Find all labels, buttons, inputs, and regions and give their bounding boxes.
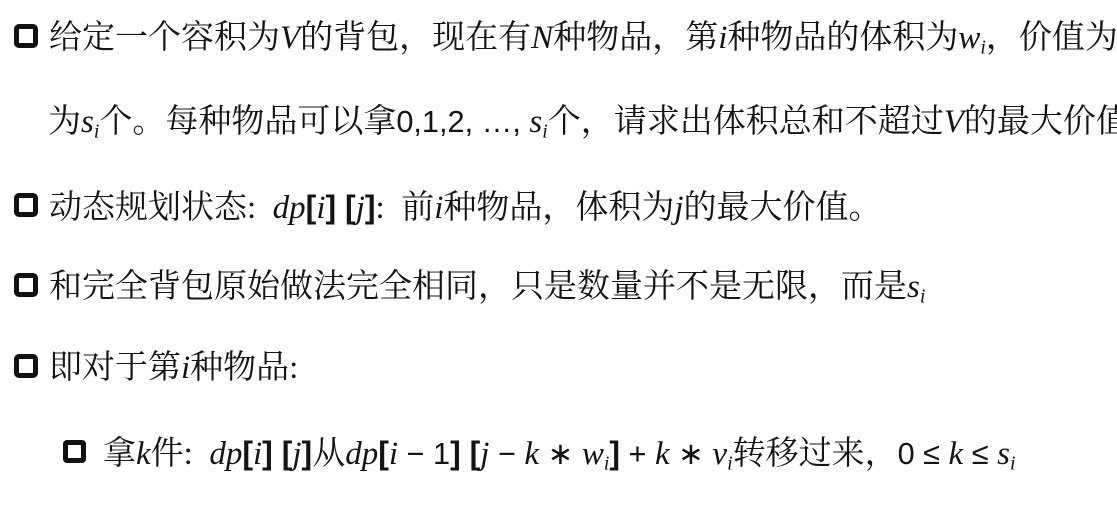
text-run: 即对于第 [49,350,181,386]
text-run: V [944,104,964,140]
text-run: k [524,436,539,472]
text-run: s [529,104,542,140]
text-run: [ [378,435,389,471]
text-run: V [280,20,300,56]
text-run: : 前 [376,190,435,226]
text-run: i [181,350,190,386]
text-run: dp [345,436,378,472]
text-run: 件: [151,436,210,472]
text-run: i [316,190,325,226]
text-run: [ [242,435,253,471]
line-text: 和完全背包原始做法完全相同，只是数量并不是无限，而是si [49,265,925,318]
text-run: 给定一个容积为 [49,20,280,56]
text-run: 的背包，现在有 [300,20,531,56]
text-run: s [997,436,1010,472]
text-run: j [674,190,683,226]
text-run: ] [ [450,435,480,471]
line-text: 拿k件: dp[i] [j]从dp[i − 1] [j − k ∗ wi] + … [103,431,1015,485]
text-run: 和完全背包原始做法完全相同，只是数量并不是无限，而是 [49,269,907,305]
text-run: ] [302,435,313,471]
text-run: s [907,269,920,305]
bullet-square-icon [14,193,38,217]
text-run: ∗ [670,436,713,471]
text-run: ] [365,189,376,225]
bullet-item: 给定一个容积为V的背包，现在有N种物品，第i种物品的体积为wi，价值为vi，数量 [14,16,1117,69]
bullet-square-icon [14,24,38,48]
text-run: 转移过来， [733,436,898,472]
text-run: 种物品: [190,350,298,386]
bullet-item: 动态规划状态: dp[i] [j]: 前i种物品，体积为j的最大价值。 [14,185,882,230]
text-run: k [949,436,964,472]
text-run: ≤ [963,436,997,471]
text-run: 0,1,2, …, [396,104,529,139]
bullet-square-icon [14,273,38,297]
slide: 给定一个容积为V的背包，现在有N种物品，第i种物品的体积为wi，价值为vi，数量… [0,0,1117,520]
text-run: j [292,436,301,472]
text-run: j [356,190,365,226]
text-run: − [489,436,524,471]
text-run: dp [273,190,306,226]
text-run: 为 [48,104,81,140]
line-text: 动态规划状态: dp[i] [j]: 前i种物品，体积为j的最大价值。 [49,185,882,230]
text-run: ] [326,189,337,225]
bullet-square-icon [14,354,38,378]
text-run: i [434,190,443,226]
text-run: k [136,436,151,472]
text-run: 种物品，体积为 [443,190,674,226]
text-run: i [253,436,262,472]
text-run: + [620,436,655,471]
line-text: 给定一个容积为V的背包，现在有N种物品，第i种物品的体积为wi，价值为vi，数量 [49,16,1117,69]
text-run: − 1 [398,436,450,471]
bullet-item-continuation: 为si个。每种物品可以拿0,1,2, …, si个，请求出体积总和不超过V的最大… [48,100,1117,153]
text-run: 个，请求出体积总和不超过 [548,104,944,140]
line-text: 即对于第i种物品: [49,346,298,390]
text-run: 拿 [103,436,136,472]
bullet-item: 拿k件: dp[i] [j]从dp[i − 1] [j − k ∗ wi] + … [63,431,1015,485]
text-run: 的最大价值。 [964,104,1117,140]
text-run: k [655,436,670,472]
text-run: s [81,104,94,140]
bullet-square-icon [63,440,86,463]
text-run: w [582,436,604,472]
text-run: 从 [312,436,345,472]
text-run: ] [609,435,620,471]
text-run: N [531,20,553,56]
line-text: 为si个。每种物品可以拿0,1,2, …, si个，请求出体积总和不超过V的最大… [48,100,1117,153]
text-run: i [920,285,926,307]
text-run: i [718,20,727,56]
text-run: ] [262,435,273,471]
text-run: 个。每种物品可以拿 [99,104,396,140]
text-run: [ [273,435,293,471]
text-run: ，价值为 [986,20,1117,56]
text-run: [ [306,189,317,225]
bullet-item: 和完全背包原始做法完全相同，只是数量并不是无限，而是si [14,265,925,318]
text-run: [ [336,189,356,225]
text-run: 的最大价值。 [684,190,882,226]
text-run: 种物品的体积为 [727,20,958,56]
text-run: 0 ≤ [898,436,949,471]
text-run: 种物品，第 [553,20,718,56]
text-run: i [389,436,398,472]
text-run: 动态规划状态: [49,190,273,226]
text-run: i [1010,452,1016,474]
text-run: w [958,20,980,56]
text-run: ∗ [539,436,582,471]
text-run: dp [209,436,242,472]
bullet-item: 即对于第i种物品: [14,346,298,390]
text-run: v [712,436,727,472]
